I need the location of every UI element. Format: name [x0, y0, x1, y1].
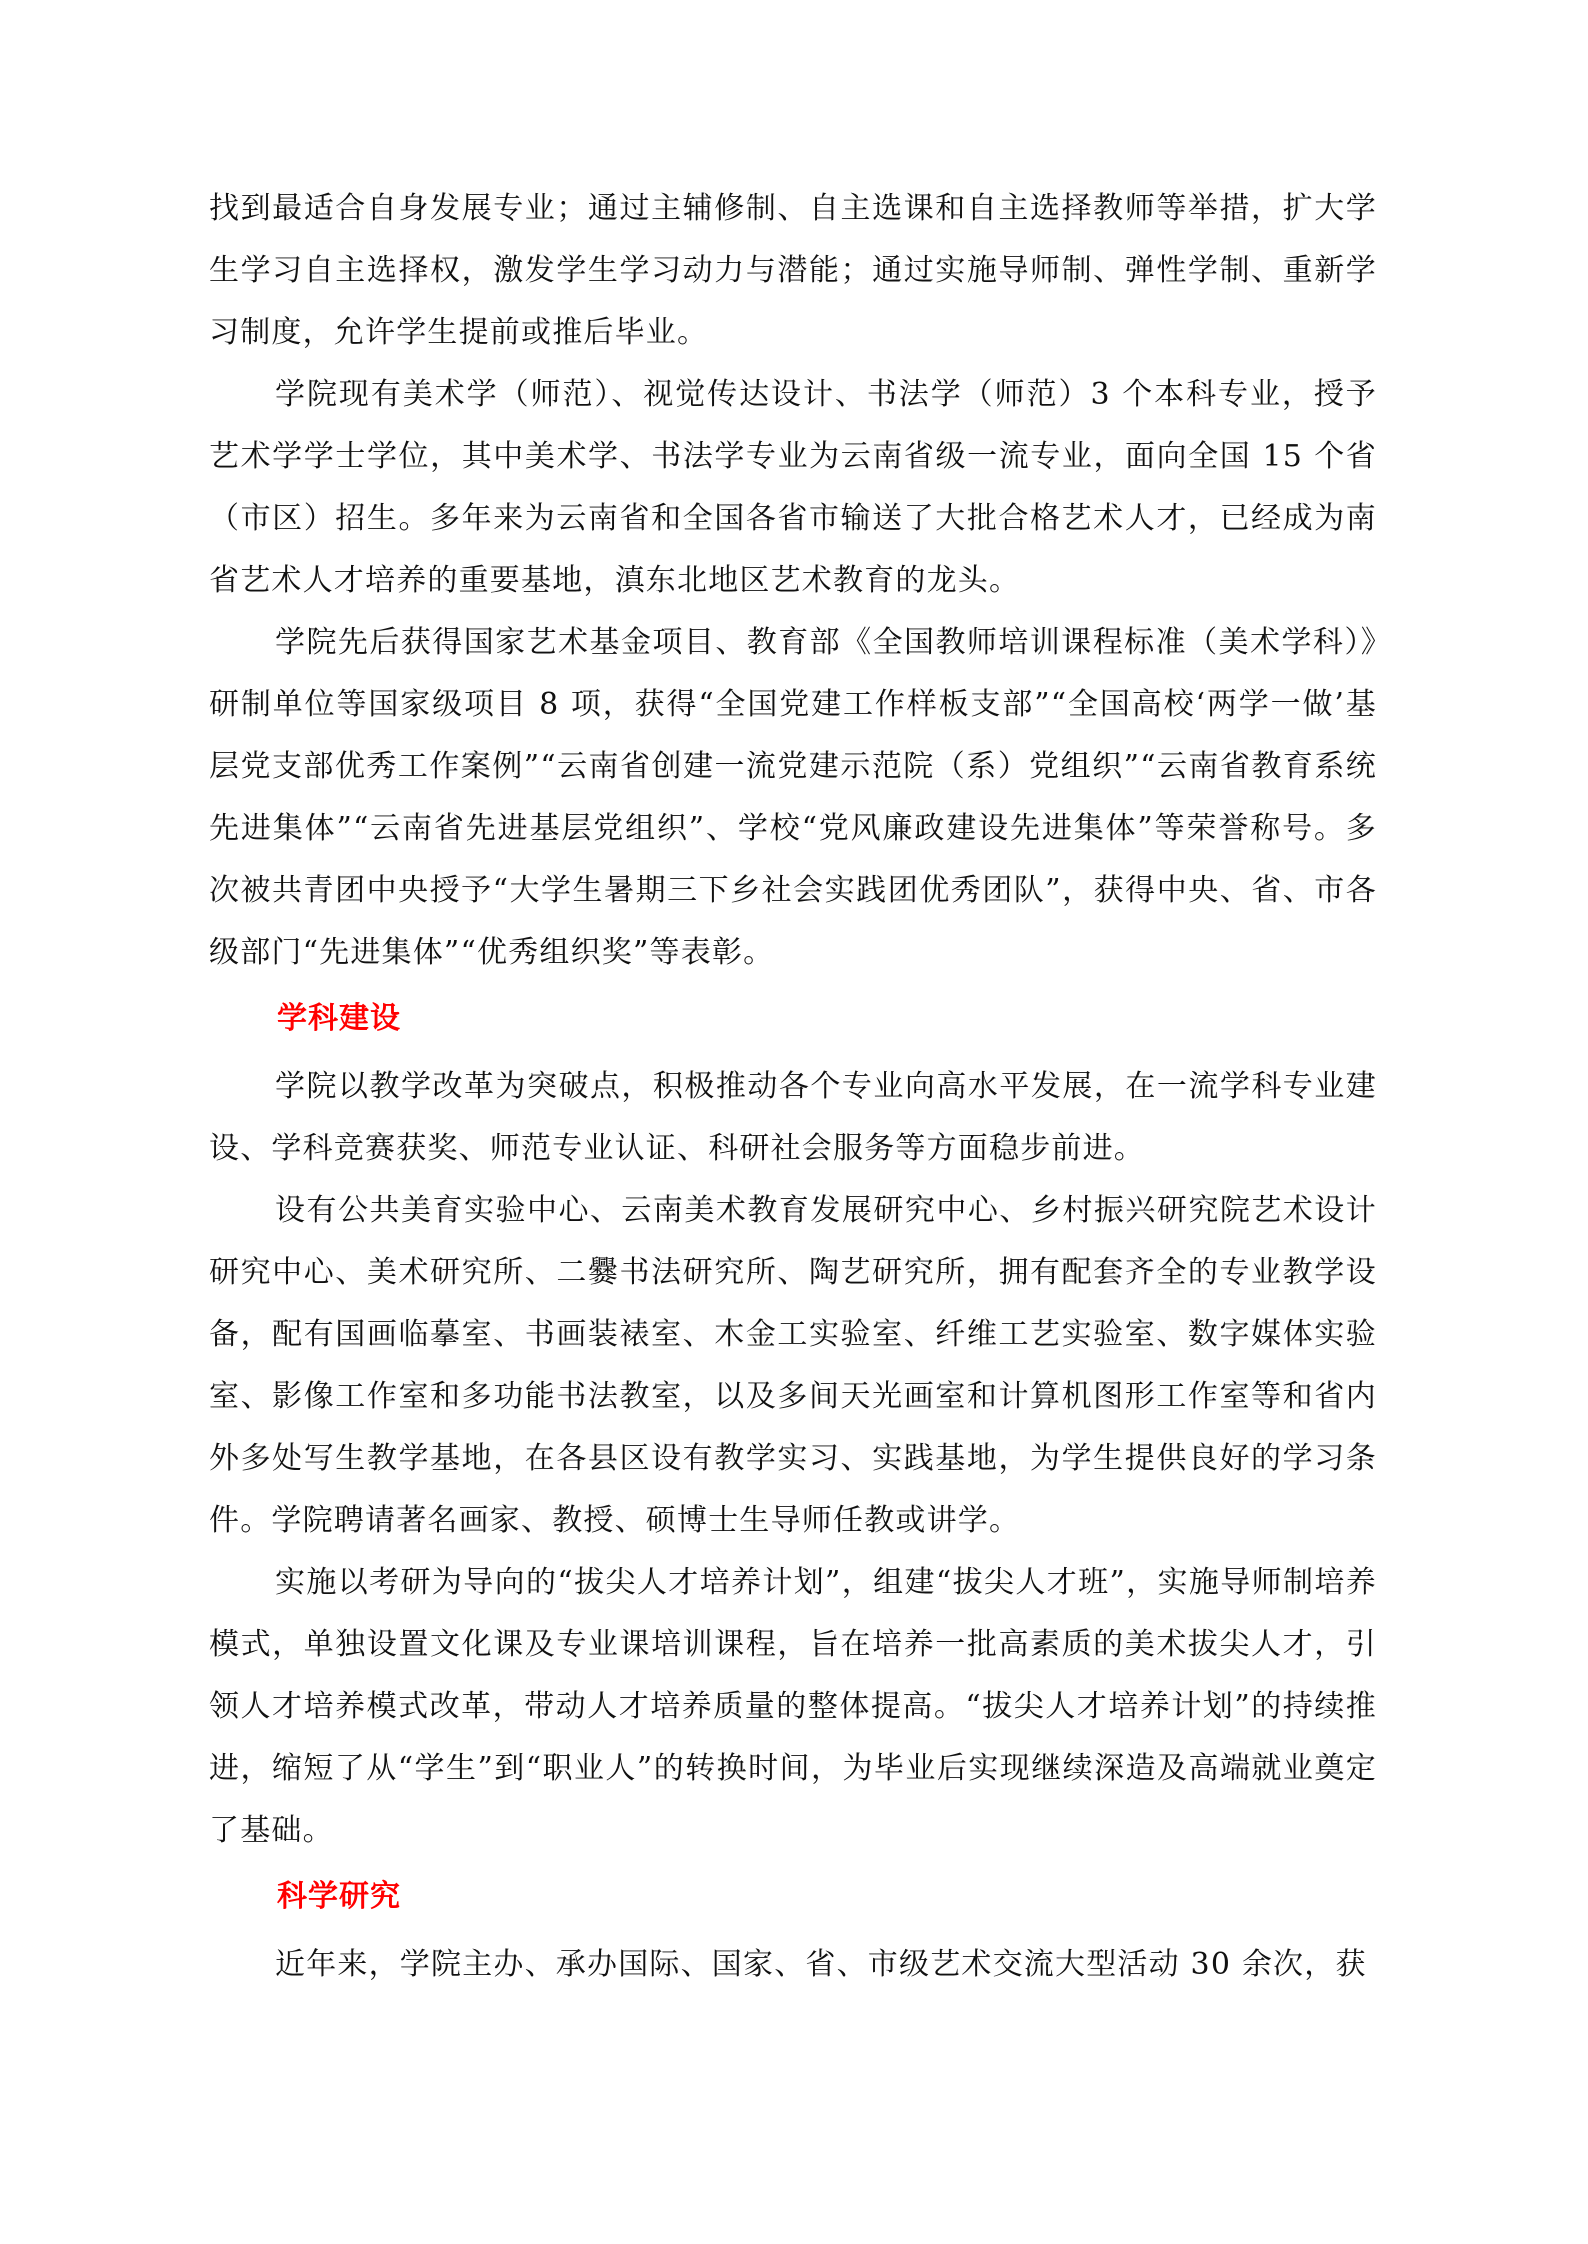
paragraph-majors: 学院现有美术学（师范）、视觉传达设计、书法学（师范）3 个本科专业，授予艺术学学… [209, 364, 1377, 612]
paragraph-honors: 学院先后获得国家艺术基金项目、教育部《全国教师培训课程标准（美术学科）》研制单位… [209, 612, 1377, 984]
section-heading-research: 科学研究 [209, 1866, 1377, 1928]
paragraph-discipline-3: 实施以考研为导向的“拔尖人才培养计划”，组建“拔尖人才班”，实施导师制培养模式，… [209, 1552, 1377, 1862]
document-page: 找到最适合自身发展专业；通过主辅修制、自主选课和自主选择教师等举措，扩大学生学习… [209, 178, 1377, 1996]
paragraph-discipline-2: 设有公共美育实验中心、云南美术教育发展研究中心、乡村振兴研究院艺术设计研究中心、… [209, 1180, 1377, 1552]
section-heading-discipline: 学科建设 [209, 988, 1377, 1050]
paragraph-research-1: 近年来，学院主办、承办国际、国家、省、市级艺术交流大型活动 30 余次，获 [209, 1934, 1377, 1996]
paragraph-discipline-1: 学院以教学改革为突破点，积极推动各个专业向高水平发展，在一流学科专业建设、学科竞… [209, 1056, 1377, 1180]
paragraph-intro-1: 找到最适合自身发展专业；通过主辅修制、自主选课和自主选择教师等举措，扩大学生学习… [209, 178, 1377, 364]
